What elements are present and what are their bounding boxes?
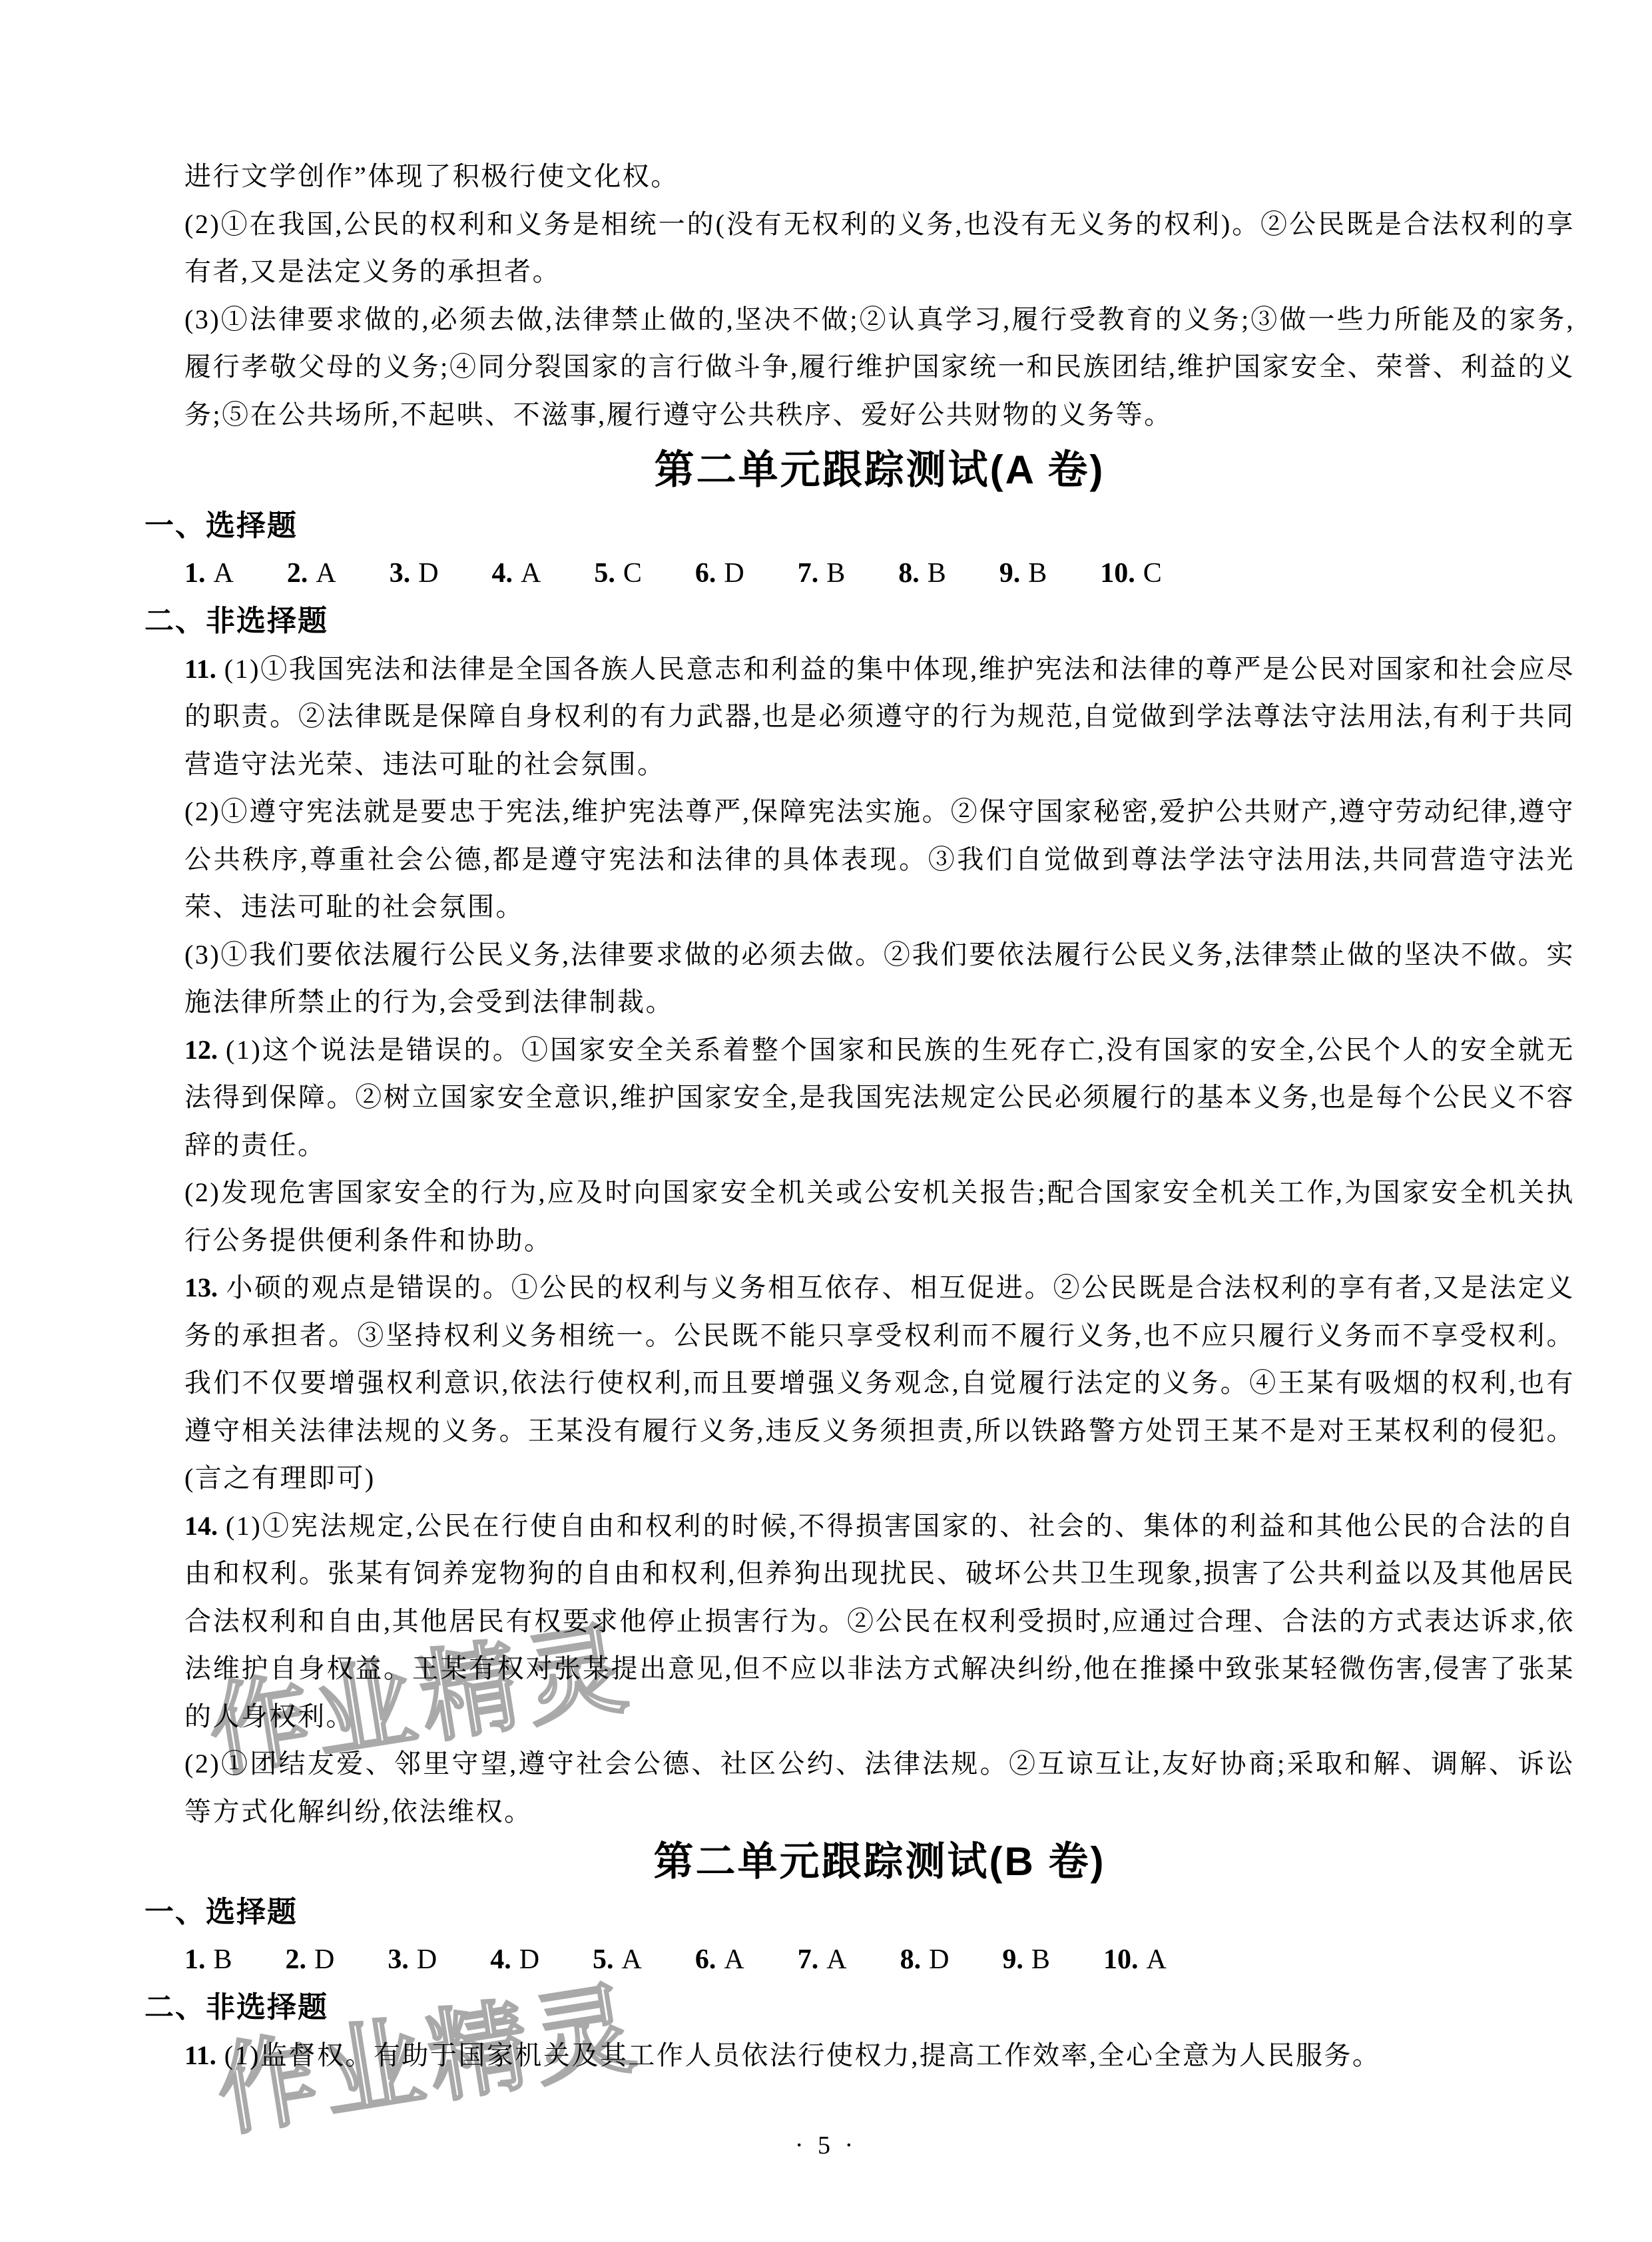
answer-paragraph: 11.(1)①我国宪法和法律是全国各族人民意志和利益的集中体现,维护宪法和法律的… [184, 645, 1575, 788]
choice-number: 3. [390, 558, 411, 589]
answer-paragraph: (3)①法律要求做的,必须去做,法律禁止做的,坚决不做;②认真学习,履行受教育的… [184, 296, 1575, 439]
choice-answer: 8.B [898, 550, 946, 598]
choice-answer: 2.A [287, 550, 336, 598]
choice-letter: C [623, 558, 642, 589]
choice-number: 5. [594, 558, 615, 589]
section-a-choice-answers: 1.A 2.A 3.D 4.A 5.C 6.D 7.B 8.B 9.B 10.C [184, 550, 1575, 598]
choice-number: 4. [492, 558, 513, 589]
choice-letter: D [418, 558, 438, 589]
answer-paragraph: (2)发现危害国家安全的行为,应及时向国家安全机关或公安机关报告;配合国家安全机… [184, 1169, 1575, 1264]
answer-text: (1)①宪法规定,公民在行使自由和权利的时候,不得损害国家的、社会的、集体的利益… [184, 1511, 1575, 1731]
answer-text: (1)这个说法是错误的。①国家安全关系着整个国家和民族的生死存亡,没有国家的安全… [184, 1035, 1575, 1160]
choice-answer: 1.A [184, 550, 234, 598]
choice-answer: 3.D [388, 1936, 437, 1984]
choice-number: 10. [1103, 1944, 1139, 1975]
answer-paragraph: 13.小硕的观点是错误的。①公民的权利与义务相互依存、相互促进。②公民既是合法权… [184, 1264, 1575, 1502]
choice-letter: B [1028, 558, 1047, 589]
section-a-multiple-choice-label: 一、选择题 [144, 502, 1575, 550]
choice-letter: A [622, 1944, 642, 1975]
answer-text: 小硕的观点是错误的。①公民的权利与义务相互依存、相互促进。②公民既是合法权利的享… [184, 1272, 1575, 1493]
choice-answer: 6.D [695, 550, 744, 598]
choice-letter: A [214, 558, 234, 589]
answer-key-page: 作业精灵 作业精灵 进行文学创作”体现了积极行使文化权。 (2)①在我国,公民的… [0, 0, 1652, 2242]
answer-paragraph: (2)①在我国,公民的权利和义务是相统一的(没有无权利的义务,也没有无义务的权利… [184, 200, 1575, 296]
choice-answer: 3.D [390, 550, 439, 598]
choice-number: 5. [593, 1944, 614, 1975]
section-a-essay-label: 二、非选择题 [144, 597, 1575, 645]
choice-letter: D [314, 1944, 334, 1975]
item-number: 14. [184, 1511, 218, 1541]
choice-answer: 10.A [1103, 1936, 1167, 1984]
choice-number: 9. [999, 558, 1021, 589]
choice-answer: 7.B [798, 550, 846, 598]
choice-answer: 9.B [999, 550, 1047, 598]
item-number: 11. [184, 2040, 216, 2070]
choice-answer: 4.A [492, 550, 541, 598]
answer-paragraph: 14.(1)①宪法规定,公民在行使自由和权利的时候,不得损害国家的、社会的、集体… [184, 1502, 1575, 1741]
choice-letter: A [316, 558, 336, 589]
answer-paragraph: 进行文学创作”体现了积极行使文化权。 [184, 152, 1575, 200]
section-b-essay-label: 二、非选择题 [144, 1984, 1575, 2032]
choice-answer: 2.D [286, 1936, 335, 1984]
page-number: · 5 · [0, 2131, 1652, 2160]
choice-number: 6. [695, 558, 716, 589]
choice-letter: B [1031, 1944, 1050, 1975]
item-number: 12. [184, 1035, 218, 1065]
choice-answer: 10.C [1100, 550, 1162, 598]
choice-number: 10. [1100, 558, 1135, 589]
page-content: 进行文学创作”体现了积极行使文化权。 (2)①在我国,公民的权利和义务是相统一的… [184, 152, 1575, 2079]
answer-paragraph: (2)①遵守宪法就是要忠于宪法,维护宪法尊严,保障宪法实施。②保守国家秘密,爱护… [184, 788, 1575, 931]
choice-letter: B [214, 1944, 232, 1975]
choice-letter: B [928, 558, 946, 589]
answer-paragraph: (2)①团结友爱、邻里守望,遵守社会公德、社区公约、法律法规。②互谅互让,友好协… [184, 1740, 1575, 1835]
choice-letter: A [521, 558, 541, 589]
choice-letter: A [826, 1944, 846, 1975]
choice-letter: C [1143, 558, 1162, 589]
choice-number: 2. [286, 1944, 307, 1975]
item-number: 13. [184, 1272, 218, 1302]
choice-number: 7. [798, 1944, 819, 1975]
item-number: 11. [184, 654, 216, 684]
choice-number: 3. [388, 1944, 409, 1975]
choice-letter: A [724, 1944, 744, 1975]
choice-letter: A [1146, 1944, 1166, 1975]
answer-text: (1)①我国宪法和法律是全国各族人民意志和利益的集中体现,维护宪法和法律的尊严是… [184, 654, 1575, 779]
answer-paragraph: (3)①我们要依法履行公民义务,法律要求做的必须去做。②我们要依法履行公民义务,… [184, 931, 1575, 1026]
choice-answer: 1.B [184, 1936, 232, 1984]
choice-answer: 5.C [594, 550, 642, 598]
choice-answer: 7.A [798, 1936, 847, 1984]
section-a-title: 第二单元跟踪测试(A 卷) [184, 443, 1575, 497]
choice-letter: D [929, 1944, 949, 1975]
choice-letter: D [417, 1944, 437, 1975]
choice-letter: D [724, 558, 744, 589]
choice-number: 2. [287, 558, 308, 589]
choice-letter: B [826, 558, 845, 589]
choice-number: 8. [898, 558, 920, 589]
choice-letter: D [519, 1944, 539, 1975]
choice-number: 4. [490, 1944, 511, 1975]
choice-number: 1. [184, 558, 206, 589]
section-b-title: 第二单元跟踪测试(B 卷) [184, 1835, 1575, 1888]
answer-paragraph: 11.(1)监督权。有助于国家机关及其工作人员依法行使权力,提高工作效率,全心全… [184, 2032, 1575, 2080]
choice-answer: 6.A [695, 1936, 744, 1984]
choice-number: 8. [900, 1944, 922, 1975]
choice-answer: 8.D [900, 1936, 950, 1984]
section-b-choice-answers: 1.B 2.D 3.D 4.D 5.A 6.A 7.A 8.D 9.B 10.A [184, 1936, 1575, 1984]
choice-number: 7. [798, 558, 819, 589]
answer-paragraph: 12.(1)这个说法是错误的。①国家安全关系着整个国家和民族的生死存亡,没有国家… [184, 1026, 1575, 1169]
choice-number: 9. [1002, 1944, 1023, 1975]
choice-answer: 5.A [593, 1936, 642, 1984]
answer-text: (1)监督权。有助于国家机关及其工作人员依法行使权力,提高工作效率,全心全意为人… [224, 2040, 1381, 2070]
choice-number: 1. [184, 1944, 206, 1975]
choice-answer: 9.B [1002, 1936, 1050, 1984]
section-b-multiple-choice-label: 一、选择题 [144, 1888, 1575, 1936]
choice-number: 6. [695, 1944, 716, 1975]
choice-answer: 4.D [490, 1936, 539, 1984]
